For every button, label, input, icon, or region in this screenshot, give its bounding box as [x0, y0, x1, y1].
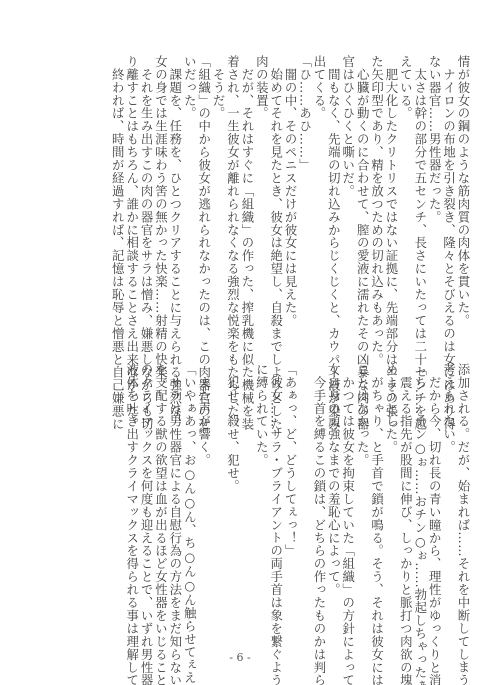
text-column: そうだ。 — [211, 55, 225, 335]
text-column: 心臓が動くのに合わせて、膣の愛液に濡れたその凶暴な肉の器 — [355, 55, 369, 335]
text-column: ことはなかった。 — [355, 363, 369, 648]
text-column: 「ち……チン○ぉ……おチン○ぉ……勃起しちゃったぁ……」 — [412, 363, 426, 648]
text-column: また声が響く。 — [196, 363, 210, 648]
text-column: かつては彼女を拘束していた「組織」の方針によって、今は彼 — [340, 363, 354, 648]
text-column: 犯せ、殺せ、犯せ。 — [225, 363, 239, 648]
text-column: り離すことはもちろん、誰かに相談することさえ出来なかった。 — [124, 55, 138, 335]
text-column: サラは男性器官による自慰行為の方法をまだ知らないが、彼女 — [167, 363, 181, 648]
text-column — [211, 363, 225, 648]
text-column: 震える指先が股間に伸び、しっかりと脈打つ肉欲の塊を握りし — [398, 363, 412, 648]
text-column: 終われば、時間が経過すれば、記憶は恥辱と憎悪と自己嫌悪に — [110, 55, 124, 335]
text-column — [240, 363, 254, 648]
text-column: 課題を、任務を、ひとつクリアすることに与えられる強烈な、 — [167, 55, 181, 335]
text-column: がちゃり、と手首で鎖が鳴る。そう、それは彼女には許された — [369, 363, 383, 648]
text-column: 今手首を縛るこの鎖は、どちらの作ったものかは判らないが。 — [312, 363, 326, 648]
text-column: 肉の装置。 — [254, 55, 268, 335]
text-column: 女の身では生涯味わう筈の無かった快楽……射精の快楽。 — [153, 55, 167, 335]
text-column: 官はひくひくと嘶いだ。 — [340, 55, 354, 335]
text-column: を支配する獣の欲望は血が出るほど女性器をいじることで、「女」 — [153, 363, 167, 648]
text-column: 「あぁっ、ど、どうしてぇっ！」 — [283, 363, 297, 648]
text-column: 出てくる。 — [312, 55, 326, 335]
text-column: 「ひ……あひ……」 — [297, 55, 311, 335]
text-column: めようとした。 — [384, 363, 398, 648]
text-column: 太さは幹の部分で五センチ、長さにいたっては二十センチを越 — [412, 55, 426, 335]
text-column: 情が彼女の鋼のような筋肉質の肉体を貫いた。 — [456, 55, 470, 335]
text-column: 肥大化したクリトリスではない証拠に、先端部分はエラの張っ — [384, 55, 398, 335]
text-column: 女自身の頑強なまでの羞恥心によって。 — [326, 363, 340, 648]
text-column: 着され、一生彼女が離れられなくなる強烈な悦楽をもたらした。 — [225, 55, 239, 335]
text-column: だが、それはすぐに「組織」の作った、搾乳機に似た機械を装 — [240, 55, 254, 335]
text-column: ナイロンの布地を引き裂き、隆々とそびえるのは女にはあり得 — [441, 55, 455, 335]
text-column: いだった。 — [182, 55, 196, 335]
text-column: 間もなく、先端の切れ込みからじくじくと、カウパー液が染み — [326, 55, 340, 335]
text-block-upper: 情が彼女の鋼のような筋肉質の肉体を貫いた。 ナイロンの布地を引き裂き、隆々とそび… — [55, 55, 470, 335]
text-column: だから今、切れ長の青い瞳から、理性がゆっくりと消えていく。 — [427, 363, 441, 648]
text-column: 「いやぁあっ、お○ん○ん、ち○ん○ん触らせてぇえっ！」 — [182, 363, 196, 648]
text-column: 彼女……サラ・ブライアントの両手首は象を繋ぐような太い鎖 — [268, 363, 282, 648]
text-column: に縛られていた。 — [254, 363, 268, 648]
text-column: ない器官……男性器だった。 — [427, 55, 441, 335]
text-column: 闇の中、そのペニスだけが彼女には見えた。 — [283, 55, 297, 335]
text-column: 添加される。だが、始まれば……それを中断してしまうことなど、 — [456, 363, 470, 648]
text-column: た矢印型であり、精を放つための切れ込みもあった。 — [369, 55, 383, 335]
text-column: のクライマックスを何度も迎えることで、いずれ男性器から白い — [139, 363, 153, 648]
text-column: 考えられない。 — [441, 363, 455, 648]
text-column: えている。 — [398, 55, 412, 335]
page-number: - 6 - — [0, 651, 480, 664]
text-column: 「組織」の中から彼女が逃れられなかったのは、この肉器官のせ — [196, 55, 210, 335]
text-column: 始めてそれを見たとき、彼女は絶望し、自殺までしようとした — [268, 55, 282, 335]
text-column: それを生み出すこの肉の器官をサラは憎み、嫌悪しながらも切 — [139, 55, 153, 335]
text-column — [297, 363, 311, 648]
text-block-lower: 添加される。だが、始まれば……それを中断してしまうことなど、考えられない。 だか… — [55, 363, 470, 648]
text-column: 液体を吐き出すクライマックスを得られる事は理解していた。 — [124, 363, 138, 648]
